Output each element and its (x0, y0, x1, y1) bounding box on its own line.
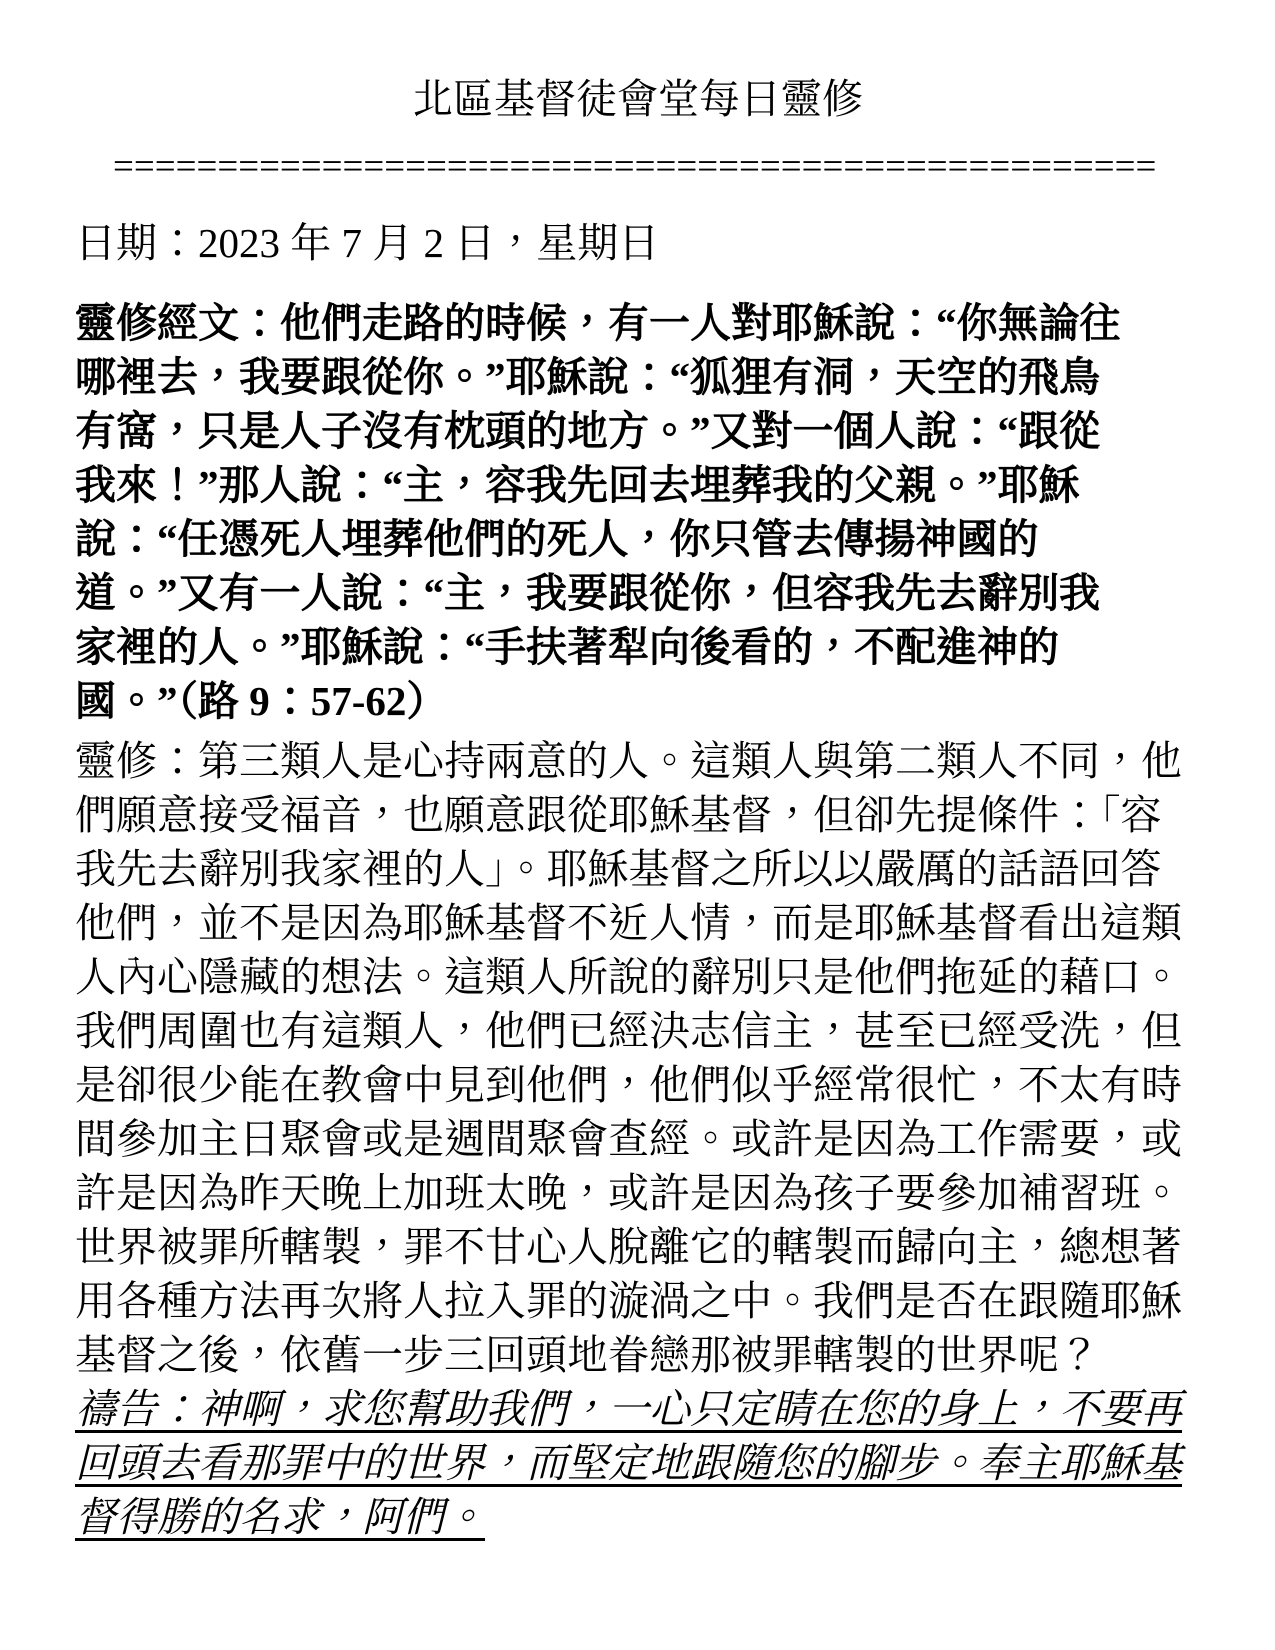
prayer-line: 回頭去看那罪中的世界，而堅定地跟隨您的腳步。奉主耶穌基 (75, 1436, 1200, 1490)
devotional-line: 間參加主日聚會或是週間聚會查經。或許是因為工作需要，或 (75, 1112, 1200, 1166)
devotional-page: 北區基督徒會堂每日靈修 ============================… (0, 0, 1275, 1650)
devotional-line: 用各種方法再次將人拉入罪的漩渦之中。我們是否在跟隨耶穌 (75, 1274, 1200, 1328)
devotional-line: 人內心隱藏的想法。這類人所說的辭別只是他們拖延的藉口。 (75, 950, 1200, 1004)
devotional-line: 許是因為昨天晚上加班太晚，或許是因為孩子要參加補習班。 (75, 1166, 1200, 1220)
scripture-line: 說：“任憑死人埋葬他們的死人，你只管去傳揚神國的 (75, 512, 1200, 566)
page-title: 北區基督徒會堂每日靈修 (75, 72, 1200, 126)
devotional-line: 他們，並不是因為耶穌基督不近人情，而是耶穌基督看出這類 (75, 896, 1200, 950)
scripture-line: 有窩，只是人子沒有枕頭的地方。”又對一個人說：“跟從 (75, 404, 1200, 458)
devotional-line: 是卻很少能在教會中見到他們，他們似乎經常很忙，不太有時 (75, 1058, 1200, 1112)
prayer-line: 督得勝的名求，阿們。 (75, 1490, 1200, 1544)
scripture-line: 道。”又有一人說：“主，我要跟從你，但容我先去辭別我 (75, 566, 1200, 620)
separator-line: ========================================… (113, 140, 1158, 194)
devotional-line: 們願意接受福音，也願意跟從耶穌基督，但卻先提條件：「容 (75, 788, 1200, 842)
devotional-line: 基督之後，依舊一步三回頭地眷戀那被罪轄製的世界呢？ (75, 1328, 1200, 1382)
scripture-paragraph: 靈修經文：他們走路的時候，有一人對耶穌說：“你無論往哪裡去，我要跟從你。”耶穌說… (75, 296, 1200, 728)
prayer-paragraph: 禱告：神啊，求您幫助我們，一心只定睛在您的身上，不要再回頭去看那罪中的世界，而堅… (75, 1382, 1200, 1544)
date-line: 日期：2023 年 7 月 2 日，星期日 (75, 216, 1200, 270)
devotional-line: 我先去辭別我家裡的人」。耶穌基督之所以以嚴厲的話語回答 (75, 842, 1200, 896)
scripture-line: 國。”（路 9：57-62） (75, 674, 1200, 728)
scripture-line: 哪裡去，我要跟從你。”耶穌說：“狐狸有洞，天空的飛鳥 (75, 350, 1200, 404)
scripture-line: 家裡的人。”耶穌說：“手扶著犁向後看的，不配進神的 (75, 620, 1200, 674)
devotional-line: 我們周圍也有這類人，他們已經決志信主，甚至已經受洗，但 (75, 1004, 1200, 1058)
devotional-paragraph: 靈修：第三類人是心持兩意的人。這類人與第二類人不同，他們願意接受福音，也願意跟從… (75, 734, 1200, 1382)
prayer-line: 禱告：神啊，求您幫助我們，一心只定睛在您的身上，不要再 (75, 1382, 1200, 1436)
devotional-line: 世界被罪所轄製，罪不甘心人脫離它的轄製而歸向主，總想著 (75, 1220, 1200, 1274)
scripture-line: 靈修經文：他們走路的時候，有一人對耶穌說：“你無論往 (75, 296, 1200, 350)
scripture-line: 我來！”那人說：“主，容我先回去埋葬我的父親。”耶穌 (75, 458, 1200, 512)
devotional-line: 靈修：第三類人是心持兩意的人。這類人與第二類人不同，他 (75, 734, 1200, 788)
